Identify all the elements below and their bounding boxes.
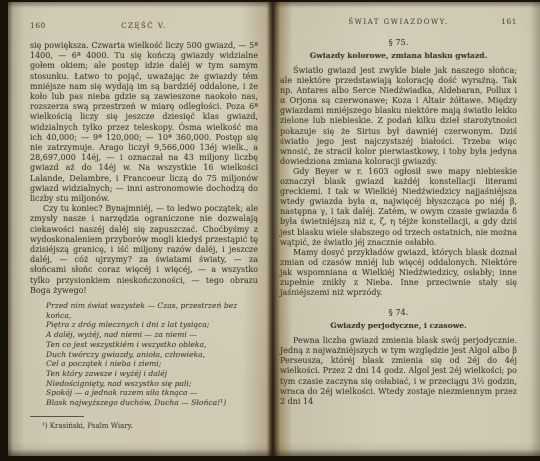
verse-line: Duch twórczy gwiazdy, anioła, człowieka, [46,350,258,360]
paragraph: Światło gwiazd jest zwykle białe jak nas… [280,66,517,167]
verse-line: Ten który zawsze i wyżéj i daléj [46,369,258,379]
verse-line: A daléj, wyżéj, nad niemi — za niemi — [46,330,258,340]
verse-block: Przed nim świat wszystek — Czas, przestr… [46,301,258,408]
page-right: ŚWIAT GWIAZDOWY. 161 § 75. Gwiazdy kolor… [280,17,517,407]
running-head-right: ŚWIAT GWIAZDOWY. [314,18,483,26]
paragraph: Czy tu koniec? Bynajmniéj, — to ledwo po… [30,204,258,296]
verse-line: Piętra z dróg mlecznych i dni z lat tysi… [46,320,258,330]
paragraph: Mamy dosyć przykładów gwiazd, których bl… [280,248,517,298]
section-number: § 74. [280,307,517,317]
page-right-header: ŚWIAT GWIAZDOWY. 161 [280,17,517,26]
verse-line: Niedoścignięty, nad wszystko się pali; [46,379,258,389]
section-title: Gwiazdy kolorowe, zmiana blasku gwiazd. [280,51,517,60]
verse-line: Cel a początek i nieba i ziemi; [46,359,258,369]
page-left-header: 160 CZĘŚĆ V. [30,21,258,30]
paragraph: się powiększa. Czwarta wielkość liczy 50… [30,41,258,204]
verse-line: Ten co jest wszystkiém i wszystko obleka… [46,340,258,350]
section-title: Gwiazdy perjodyczne, i czasowe. [280,321,517,330]
paragraph: Pewna liczba gwiazd zmienia blask swój p… [280,336,517,407]
running-head-left: CZĘŚĆ V. [64,22,224,30]
section-75: § 75. Gwiazdy kolorowe, zmiana blasku gw… [280,37,517,298]
page-left: 160 CZĘŚĆ V. się powiększa. Czwarta wiel… [30,21,258,430]
book-photo: { "colors": { "paper": "#cfc8b2", "ink":… [0,0,540,461]
footnote: ¹) Krasiński, Psalm Wiary. [30,422,258,430]
verse-line: Blask najwyższego duchów, Ducha — Słońca… [46,398,258,408]
paragraph: Gdy Beyer w r. 1603 ogłosił swe mapy nie… [280,167,517,248]
footnote-rule [30,416,84,417]
page-number-left: 160 [30,21,64,30]
verse-line: Przed nim świat wszystek — Czas, przestr… [46,301,258,320]
page-number-right: 161 [483,17,517,26]
section-number: § 75. [280,37,517,47]
verse-line: Spokój — a jednak razem siła tknąca — [46,388,258,398]
section-74: § 74. Gwiazdy perjodyczne, i czasowe. Pe… [280,307,517,407]
